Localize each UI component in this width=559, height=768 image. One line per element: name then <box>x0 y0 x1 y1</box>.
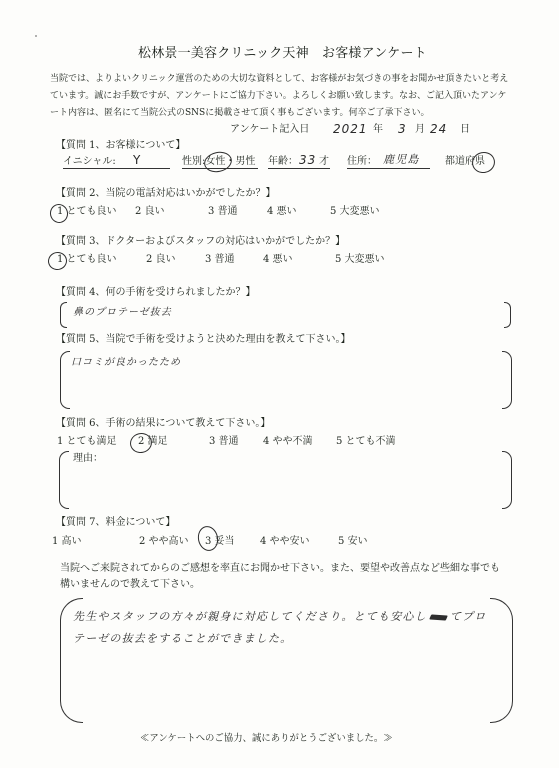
selection-circle-gender <box>202 149 234 174</box>
selection-circle-q7 <box>196 524 221 553</box>
scan-speck <box>35 35 37 37</box>
comment-answer-text: てプロ <box>450 611 487 622</box>
initial-label: イニシャル: <box>63 157 116 167</box>
q7-option-5[interactable]: 5 安い <box>338 537 368 547</box>
q1-header: 【質問 1、お客様について】 <box>56 141 185 151</box>
intro-line: 当院では、よりよいクリニック運営のための大切な資料として、お客様がお気づきの事を… <box>50 75 508 84</box>
q7-option-4[interactable]: 4 やや安い <box>260 537 310 547</box>
comment-answer-text: 先生やスタッフの方々が親身に対応してくださり。とても安心し <box>73 611 427 622</box>
survey-page: 松林景一美容クリニック天神 お客様アンケート 当院では、よりよいクリニック運営の… <box>0 0 559 768</box>
address-underline <box>347 168 430 169</box>
age-label: 年齢： <box>268 157 298 167</box>
q6-option-1[interactable]: 1 とても満足 <box>57 437 117 447</box>
q2-option-3[interactable]: 3 普通 <box>208 207 238 217</box>
q3-option-2[interactable]: 2 良い <box>146 255 176 265</box>
q6-bracket-right <box>502 451 512 509</box>
comment-prompt-line: 構いませんので教えて下さい。 <box>60 580 200 590</box>
age-field[interactable]: 33 <box>299 154 316 166</box>
page-title: 松林景一美容クリニック天神 お客様アンケート <box>138 47 427 60</box>
entry-date-month[interactable]: 3 <box>398 123 406 135</box>
q2-option-2[interactable]: 2 良い <box>135 207 165 217</box>
strikethrough-scribble <box>429 614 448 620</box>
q4-bracket-left <box>60 302 67 328</box>
q6-reason-label: 理由： <box>73 454 103 464</box>
q3-option-3[interactable]: 3 普通 <box>205 255 235 265</box>
q5-header: 【質問 5、当院で手術を受けようと決めた理由を教えて下さい。】 <box>56 335 351 345</box>
q6-reason-field[interactable] <box>105 454 495 502</box>
entry-date-year[interactable]: 2021 <box>333 123 368 135</box>
q6-header: 【質問 6、手術の結果について教えて下さい。】 <box>56 419 270 429</box>
q3-option-5[interactable]: 5 大変悪い <box>335 255 385 265</box>
q2-option-4[interactable]: 4 悪い <box>267 207 297 217</box>
intro-line: ています。誠にお手数ですが、アンケートにご協力下さい。よろしくお願い致します。な… <box>50 92 506 101</box>
day-unit: 日 <box>460 125 470 135</box>
prefecture-option-to[interactable]: 都 <box>445 157 455 167</box>
q5-bracket-right <box>502 351 512 409</box>
selection-circle-prefecture <box>470 150 497 175</box>
q3-header: 【質問 3、ドクターおよびスタッフの対応はいかがでしたか？】 <box>56 237 345 247</box>
intro-line: ート内容は、匿名にて当院公式のSNSに掲載させて頂く事もございます。何卒ご了承下… <box>50 109 430 118</box>
selection-circle-q6 <box>128 431 154 455</box>
q3-option-4[interactable]: 4 悪い <box>263 255 293 265</box>
comment-prompt-line: 当院へご来院されてからのご感想を率直にお聞かせ下さい。また、要望や改善点など些細… <box>60 564 500 574</box>
prefecture-option-do[interactable]: 道 <box>455 157 465 167</box>
q7-header: 【質問 7、料金について】 <box>56 518 175 528</box>
initial-underline <box>63 168 170 169</box>
q2-option-5[interactable]: 5 大変悪い <box>330 207 380 217</box>
initial-field[interactable]: Y <box>133 154 140 166</box>
q6-option-3[interactable]: 3 普通 <box>209 437 239 447</box>
address-label: 住所： <box>347 157 377 167</box>
address-field[interactable]: 鹿児島 <box>383 154 420 165</box>
year-unit: 年 <box>373 125 383 135</box>
q7-option-2[interactable]: 2 やや高い <box>139 537 189 547</box>
q2-header: 【質問 2、当院の電話対応はいかがでしたか？】 <box>56 189 276 199</box>
q6-option-5[interactable]: 5 とても不満 <box>336 437 396 447</box>
gender-option-male[interactable]: 男性 <box>235 157 255 167</box>
age-underline <box>268 168 330 169</box>
entry-date-day[interactable]: 24 <box>430 123 447 135</box>
entry-date-label: アンケート記入日 <box>230 125 309 135</box>
q5-bracket-left <box>60 351 70 409</box>
q4-bracket-right <box>504 302 511 328</box>
month-unit: 月 <box>415 125 425 135</box>
comment-bracket-right <box>490 598 513 723</box>
gender-label: 性別: <box>182 157 205 167</box>
q6-bracket-left <box>59 451 69 509</box>
comment-answer-line[interactable]: テーゼの抜去をすることができました。 <box>73 633 292 644</box>
q4-header: 【質問 4、何の手術を受けられましたか？】 <box>56 288 256 298</box>
q7-option-1[interactable]: 1 高い <box>52 537 82 547</box>
q4-answer-field[interactable]: 鼻のプロテーゼ抜去 <box>73 308 172 318</box>
q6-option-4[interactable]: 4 やや不満 <box>263 437 313 447</box>
comment-answer-line[interactable]: 先生やスタッフの方々が親身に対応してくださり。とても安心し てプロ <box>73 611 486 622</box>
age-unit: 才 <box>319 157 329 167</box>
q5-answer-field[interactable]: 口コミが良かったため <box>71 358 181 368</box>
thank-you-footer: ≪アンケートへのご協力、誠にありがとうございました。≫ <box>140 734 393 743</box>
